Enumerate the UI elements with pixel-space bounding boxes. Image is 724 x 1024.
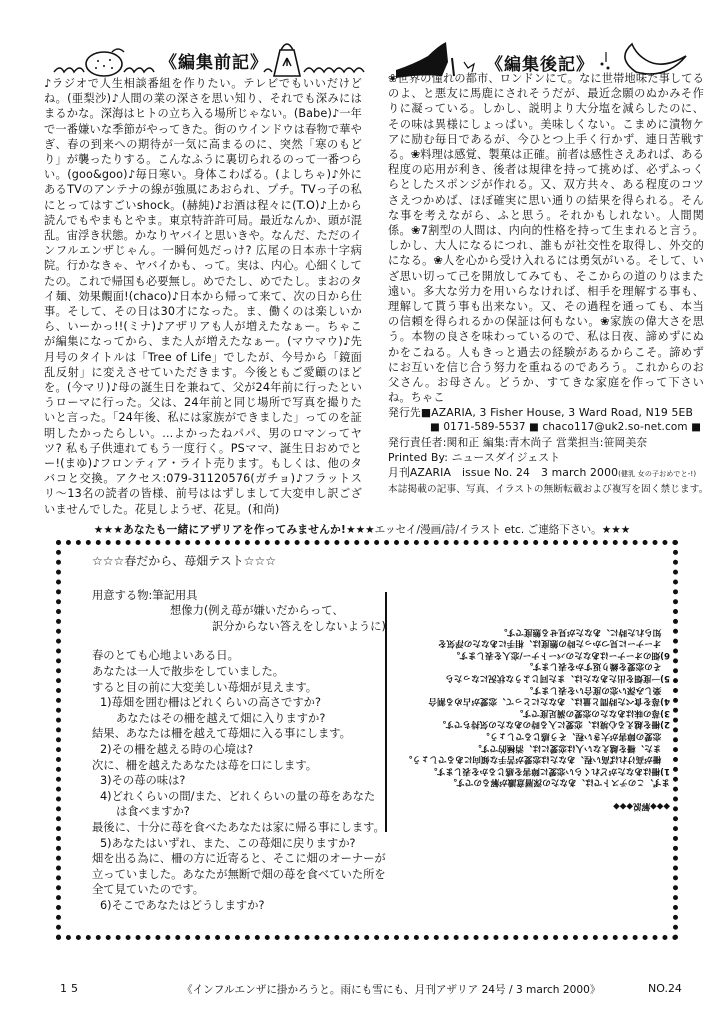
test-line: 畑を出る為に、柵の方に近寄ると、そこに畑のオーナーが [92, 851, 392, 867]
answer-line: 2)柵を越える心境は、恋愛に入る時のあなたの気持ちです。 [438, 718, 670, 730]
materials-line: 訳分からない答えをしないように) [92, 619, 392, 635]
test-line: は食べますか? [92, 804, 392, 820]
test-line: 3)その苺の味は? [92, 773, 392, 789]
copyright-notice: 本誌掲載の記事、写真、イラストの無断転載および複写を固く禁じます。 [388, 482, 704, 497]
banner-bold: ★★★あなたも一緒にアザリアを作ってみませんか! [94, 524, 346, 536]
test-line: 次に、柵を越えたあなたは苺を口にします。 [92, 758, 392, 774]
test-line: あなたは一人で散歩をしていました。 [92, 664, 392, 680]
publisher-staff: 発行責任者:関和正 編集:青木尚子 営業担当:笹岡美奈 [388, 435, 704, 450]
answer-line: 6)畑のオーナーはあなたのパートナー/恋人を表します。 [438, 648, 670, 660]
answer-lines: まず、このテストでは、あなたの深層意識が解るのです。1)柵はあなたがどれくらい恋… [438, 625, 670, 787]
materials-line: 用意する物:筆記用具 [92, 588, 392, 604]
answer-line: 3)苺の味はあなたの恋愛の満足度です。 [438, 706, 670, 718]
answer-line: 知られた時に、あなたが見せる態度です。 [438, 625, 670, 637]
contribution-banner: ★★★あなたも一緒にアザリアを作ってみませんか!★★★エッセイ/漫画/詩/イラス… [0, 522, 724, 537]
materials-line: 想像力(例え苺が嫌いだからって、 [92, 603, 392, 619]
test-line: 5)あなたはいずれ、また、この苺畑に戻りますか? [92, 836, 392, 852]
editors-before-title: 《編集前記》 [160, 48, 268, 73]
test-line: 立っていました。あなたが無断で畑の苺を食べていた所を [92, 867, 392, 883]
test-lines: 春のとても心地よいある日。あなたは一人で散歩をしていました。すると目の前に大変美… [92, 648, 392, 913]
answer-line: 楽しみ深い恋の度合いを表します。 [438, 683, 670, 695]
answer-line: 恋愛の障害が大きい程、そう感じるでしょう。 [438, 729, 670, 741]
answer-line: また、柵を越えない人は恋愛には、消極的です。 [438, 741, 670, 753]
test-line: あなたはその柵を越えて畑に入りますか? [92, 711, 392, 727]
publisher-address-label: 発行先 [388, 406, 421, 419]
test-line: 2)その柵を越える時の心境は? [92, 742, 392, 758]
publisher-printed-by: Printed By: ニュースダイジェスト [388, 450, 704, 465]
editors-before-text: ♪ラジオで人生相談番組を作りたい。テレビでもいいだけどね。(亜梨沙)♪人間の業の… [44, 76, 362, 517]
footer-tagline: 《インフルエンザに掛かろうと。雨にも雪にも、月刊アザリア 24号 / 3 mar… [182, 982, 600, 997]
test-line: 4)どれくらいの間/また、どれくらいの量の苺をあなた [92, 789, 392, 805]
test-line: 全て見ていたのです。 [92, 882, 392, 898]
test-title: ☆☆☆春だから、苺畑テスト☆☆☆ [92, 554, 392, 570]
answer-line: 5)一度畑を出たあなたは、また同じような状況になったら [438, 671, 670, 683]
issue-number: NO.24 [648, 982, 682, 995]
editors-after-body: ❀世界の憧れの都市、ロンドンにて。なに世帯地味た事してるのよ、と悪友に馬鹿にされ… [388, 71, 704, 497]
strawberry-test-questions: ☆☆☆春だから、苺畑テスト☆☆☆ 用意する物:筆記用具 想像力(例え苺が嫌いだか… [92, 548, 392, 913]
banner-normal: ★★★エッセイ/漫画/詩/イラスト etc. ご連絡下さい。★★★ [346, 524, 630, 536]
strawberry-icon [52, 44, 157, 78]
answer-line: 1)柵はあなたがどれくらい恋愛に障害を感じるかを表します。 [438, 764, 670, 776]
answer-line: 柵が高ければ高い程、あなたは恋愛が苦手な傾向にあるでしょう。 [438, 753, 670, 765]
test-line: 1)苺畑を囲む柵はどれくらいの高さですか? [92, 695, 392, 711]
answer-line: その恋愛を繰り返すかを表します。 [438, 660, 670, 672]
test-line: 結果、あなたは柵を越えて苺畑に入る事にします。 [92, 726, 392, 742]
publisher-contact: ■ 0171-589-5537 ■ chaco117@uk2.so-net.co… [388, 420, 704, 435]
upside-down-answers: ◆◆◆解説◆◆◆ まず、このテストでは、あなたの深層意識が解るのです。1)柵はあ… [438, 625, 670, 811]
publisher-info: 発行先■AZARIA, 3 Fisher House, 3 Ward Road,… [388, 405, 704, 497]
test-line: 最後に、十分に苺を食べたあなたは家に帰る事にします。 [92, 820, 392, 836]
test-line: 6)そこであなたはどうしますか? [92, 898, 392, 914]
column-divider [385, 592, 387, 832]
issue-line: 月刊AZARIA issue No. 24 3 march 2000 [388, 466, 618, 479]
answers-heading: ◆◆◆解説◆◆◆ [438, 799, 670, 811]
test-line: すると目の前に大変美しい苺畑が見えます。 [92, 680, 392, 696]
answer-line: オーナーに見つかった時の態度は、相手にあなたの浮気を [438, 637, 670, 649]
page-number: 15 [60, 982, 82, 995]
issue-note: (健乳 女の子おめでと-!) [618, 470, 696, 478]
answer-line: 4)苺を食べた時間と量は、あなたにとって、恋愛が占める割合 [438, 695, 670, 707]
editors-after-text: ❀世界の憧れの都市、ロンドンにて。なに世帯地味た事してるのよ、と悪友に馬鹿にされ… [388, 71, 704, 405]
publisher-address: ■AZARIA, 3 Fisher House, 3 Ward Road, N1… [421, 406, 693, 419]
handbag-icon [262, 36, 372, 80]
editors-before-body: ♪ラジオで人生相談番組を作りたい。テレビでもいいだけどね。(亜梨沙)♪人間の業の… [44, 76, 362, 517]
answer-line: まず、このテストでは、あなたの深層意識が解るのです。 [438, 776, 670, 788]
test-line: 春のとても心地よいある日。 [92, 648, 392, 664]
